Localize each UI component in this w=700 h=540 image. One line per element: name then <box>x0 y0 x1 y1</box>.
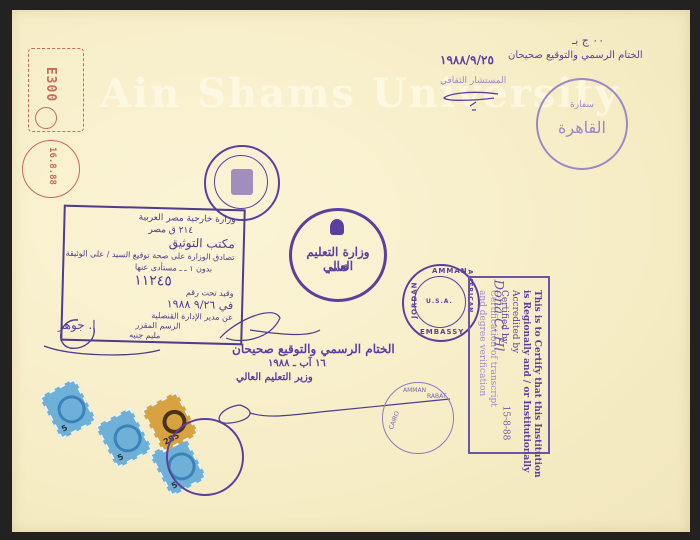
postage-meter-stamp: E300 <box>28 48 84 132</box>
signature-cultural-attache <box>440 88 500 118</box>
postmark-date-stamp: 16.8.88 <box>22 140 80 198</box>
annotation-date: ١٩٨٨/٩/٢٥ <box>440 53 494 67</box>
crown-crest-icon <box>330 219 344 235</box>
meter-value: E300 <box>43 67 58 102</box>
annotation-line-4: المستشار الثقافي <box>440 76 506 86</box>
certification-date: 15-8-88 <box>500 406 510 441</box>
accreditation-certification-box: This is to Certify that this Institution… <box>468 276 550 454</box>
postmark-date: 16.8.88 <box>47 147 57 185</box>
certifier-signature: Dona C. Hl <box>490 280 505 352</box>
emblem-icon <box>35 107 57 129</box>
annotation-line-1: ٠٠ ج بـ <box>572 34 604 47</box>
eagle-crest-icon <box>231 169 253 195</box>
ministry-certification-line-1: الختام الرسمي والتوقيع صحيحان <box>232 342 395 356</box>
jordan-higher-education-seal: وزارة التعليم العالي قسم <box>289 208 387 302</box>
jordan-embassy-cairo-seal: سفارة القاهرة <box>536 78 628 170</box>
cancellation-seal <box>166 418 244 496</box>
annotation-line-2: الختام الرسمي والتوقيع صحيحان <box>508 50 643 61</box>
ministry-certification-date: ١٦ آب ـ ١٩٨٨ <box>268 358 326 369</box>
ministry-certification-title: وزير التعليم العالي <box>236 372 313 383</box>
signature-mfa-officer <box>40 300 270 370</box>
cairo-postmark: AMMAN RABAT CAIRO <box>382 382 454 454</box>
